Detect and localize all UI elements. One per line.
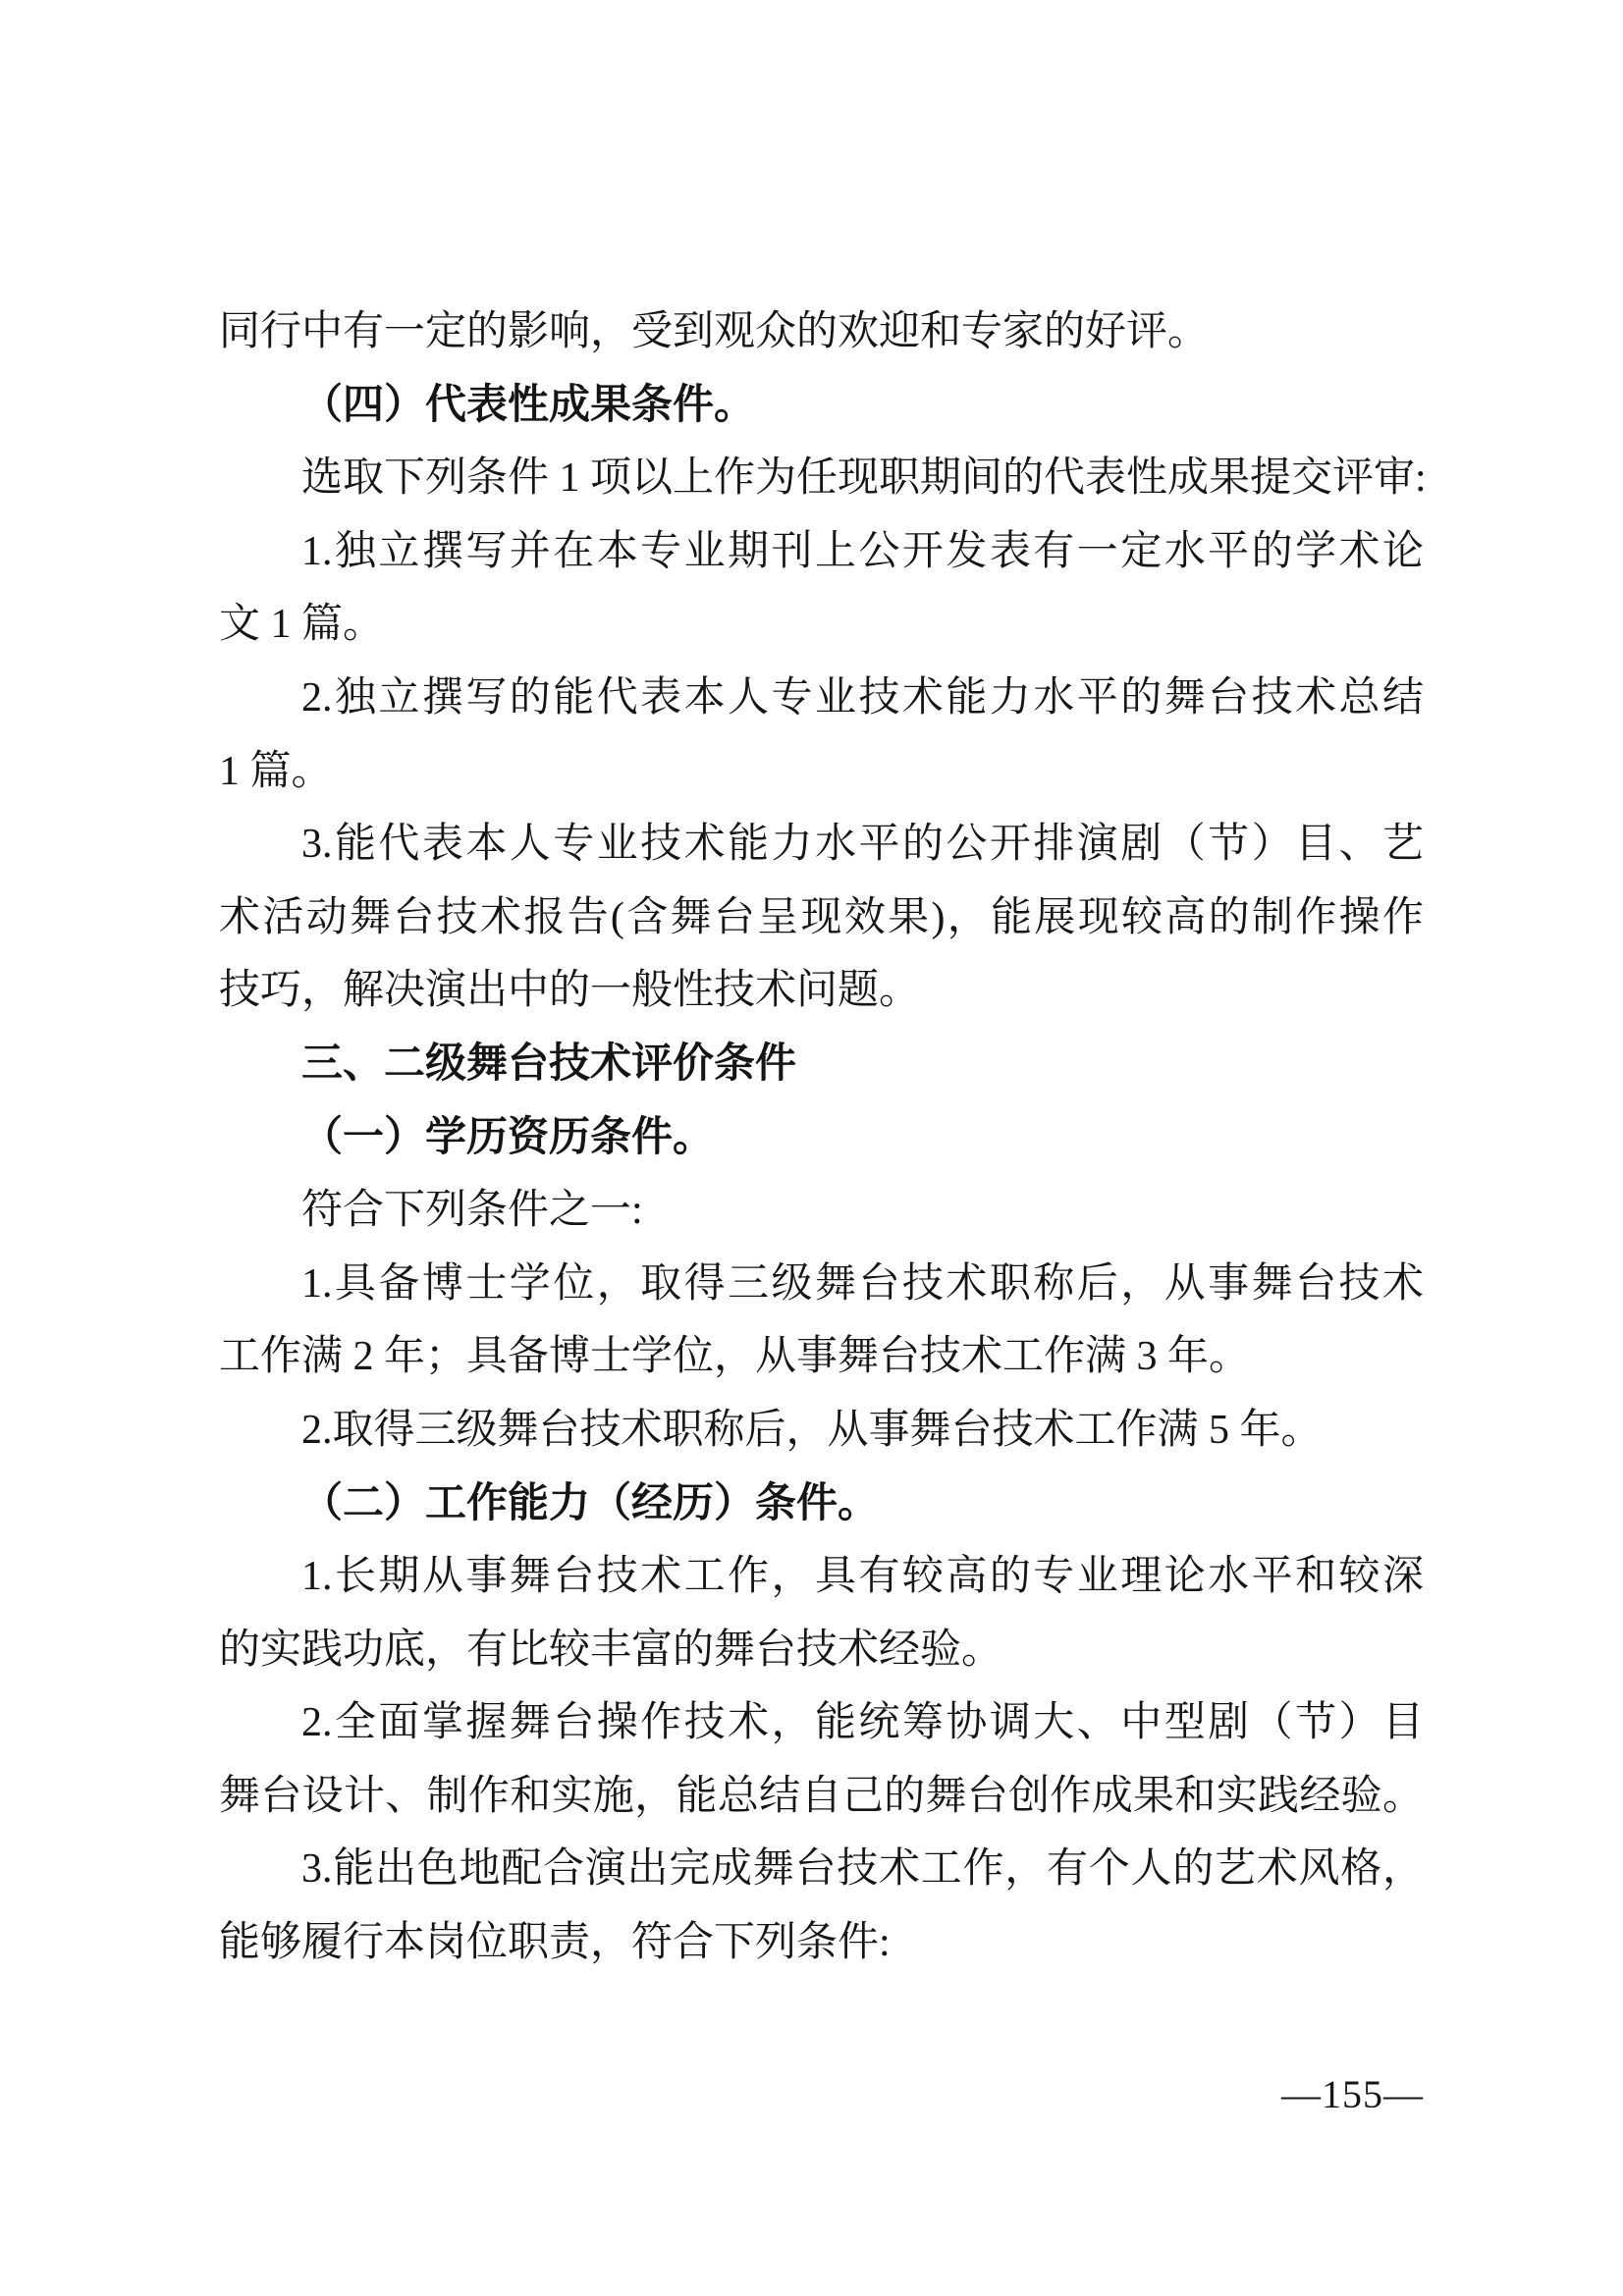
body-text-line: 技巧，解决演出中的一般性技术问题。 — [219, 954, 1424, 1028]
body-text-line: 1.独立撰写并在本专业期刊上公开发表有一定水平的学术论 — [219, 515, 1424, 589]
body-text-line: 2.全面掌握舞台操作技术，能统筹协调大、中型剧（节）目 — [219, 1686, 1424, 1760]
body-text-line: 2.取得三级舞台技术职称后，从事舞台技术工作满 5 年。 — [219, 1394, 1424, 1468]
document-page: 同行中有一定的影响，受到观众的欢迎和专家的好评。 （四）代表性成果条件。 选取下… — [0, 0, 1623, 2296]
body-text-line: 文 1 篇。 — [219, 588, 1424, 662]
page-number: —155— — [1281, 2069, 1424, 2120]
body-text-line: 舞台设计、制作和实施，能总结自己的舞台创作成果和实践经验。 — [219, 1760, 1424, 1834]
body-text-line: 2.独立撰写的能代表本人专业技术能力水平的舞台技术总结 — [219, 662, 1424, 735]
body-text-line: 同行中有一定的影响，受到观众的欢迎和专家的好评。 — [219, 295, 1424, 369]
body-text-line: 1.具备博士学位，取得三级舞台技术职称后，从事舞台技术 — [219, 1248, 1424, 1321]
body-text-line: 1 篇。 — [219, 735, 1424, 809]
body-text-line: 1.长期从事舞台技术工作，具有较高的专业理论水平和较深 — [219, 1540, 1424, 1614]
body-text-line: 3.能出色地配合演出完成舞台技术工作，有个人的艺术风格， — [219, 1833, 1424, 1906]
document-text-block: 同行中有一定的影响，受到观众的欢迎和专家的好评。 （四）代表性成果条件。 选取下… — [219, 295, 1424, 1980]
section-heading-line: 三、二级舞台技术评价条件 — [219, 1028, 1424, 1101]
body-text-line: 选取下列条件 1 项以上作为任现职期间的代表性成果提交评审: — [219, 442, 1424, 515]
body-text-line: 工作满 2 年；具备博士学位，从事舞台技术工作满 3 年。 — [219, 1320, 1424, 1394]
section-heading-line: （一）学历资历条件。 — [219, 1101, 1424, 1175]
section-heading-line: （四）代表性成果条件。 — [219, 369, 1424, 443]
body-text-line: 术活动舞台技术报告(含舞台呈现效果)，能展现较高的制作操作 — [219, 881, 1424, 955]
body-text-line: 3.能代表本人专业技术能力水平的公开排演剧（节）目、艺 — [219, 808, 1424, 881]
section-heading-line: （二）工作能力（经历）条件。 — [219, 1468, 1424, 1541]
body-text-line: 的实践功底，有比较丰富的舞台技术经验。 — [219, 1614, 1424, 1687]
body-text-line: 符合下列条件之一: — [219, 1174, 1424, 1248]
body-text-line: 能够履行本岗位职责，符合下列条件: — [219, 1906, 1424, 1980]
